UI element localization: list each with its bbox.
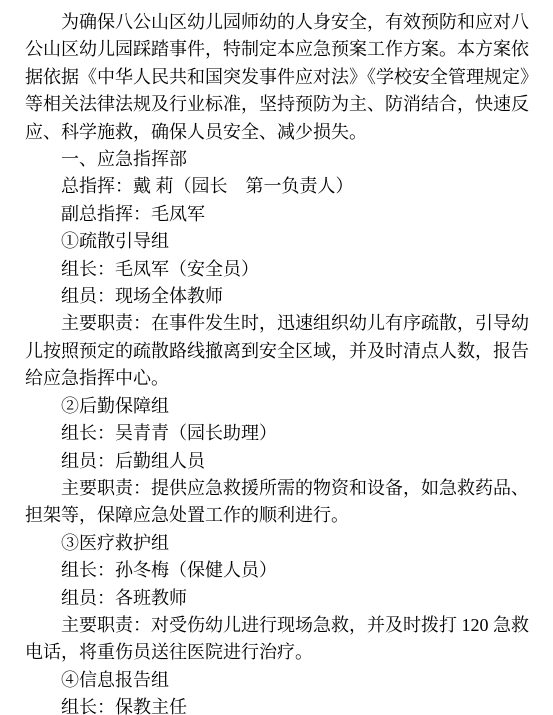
heading-medical-group: ③医疗救护组 <box>25 530 529 557</box>
line-medical-members: 组员：各班教师 <box>25 585 529 612</box>
line-evacuation-leader: 组长：毛凤军（安全员） <box>25 256 529 283</box>
heading-logistics-group: ②后勤保障组 <box>25 393 529 420</box>
line-evacuation-members: 组员：现场全体教师 <box>25 283 529 310</box>
line-logistics-members: 组员：后勤组人员 <box>25 448 529 475</box>
line-chief-commander: 总指挥：戴 莉（园长 第一负责人） <box>25 173 529 200</box>
paragraph-intro: 为确保八公山区幼儿园师幼的人身安全，有效预防和应对八公山区幼儿园踩踏事件，特制定… <box>25 9 529 146</box>
paragraph-logistics-duty: 主要职责：提供应急救援所需的物资和设备，如急救药品、担架等，保障应急处置工作的顺… <box>25 475 529 530</box>
line-information-leader: 组长：保教主任 <box>25 694 529 715</box>
heading-emergency-command: 一、应急指挥部 <box>25 146 529 173</box>
line-medical-leader: 组长：孙冬梅（保健人员） <box>25 557 529 584</box>
document-page: 为确保八公山区幼儿园师幼的人身安全，有效预防和应对八公山区幼儿园踩踏事件，特制定… <box>0 0 553 715</box>
line-deputy-commander: 副总指挥：毛凤军 <box>25 201 529 228</box>
line-logistics-leader: 组长：吴青青（园长助理） <box>25 420 529 447</box>
paragraph-medical-duty: 主要职责：对受伤幼儿进行现场急救，并及时拨打 120 急救电话，将重伤员送往医院… <box>25 612 529 667</box>
paragraph-evacuation-duty: 主要职责：在事件发生时，迅速组织幼儿有序疏散，引导幼儿按照预定的疏散路线撤离到安… <box>25 310 529 392</box>
heading-evacuation-group: ①疏散引导组 <box>25 228 529 255</box>
heading-information-group: ④信息报告组 <box>25 667 529 694</box>
